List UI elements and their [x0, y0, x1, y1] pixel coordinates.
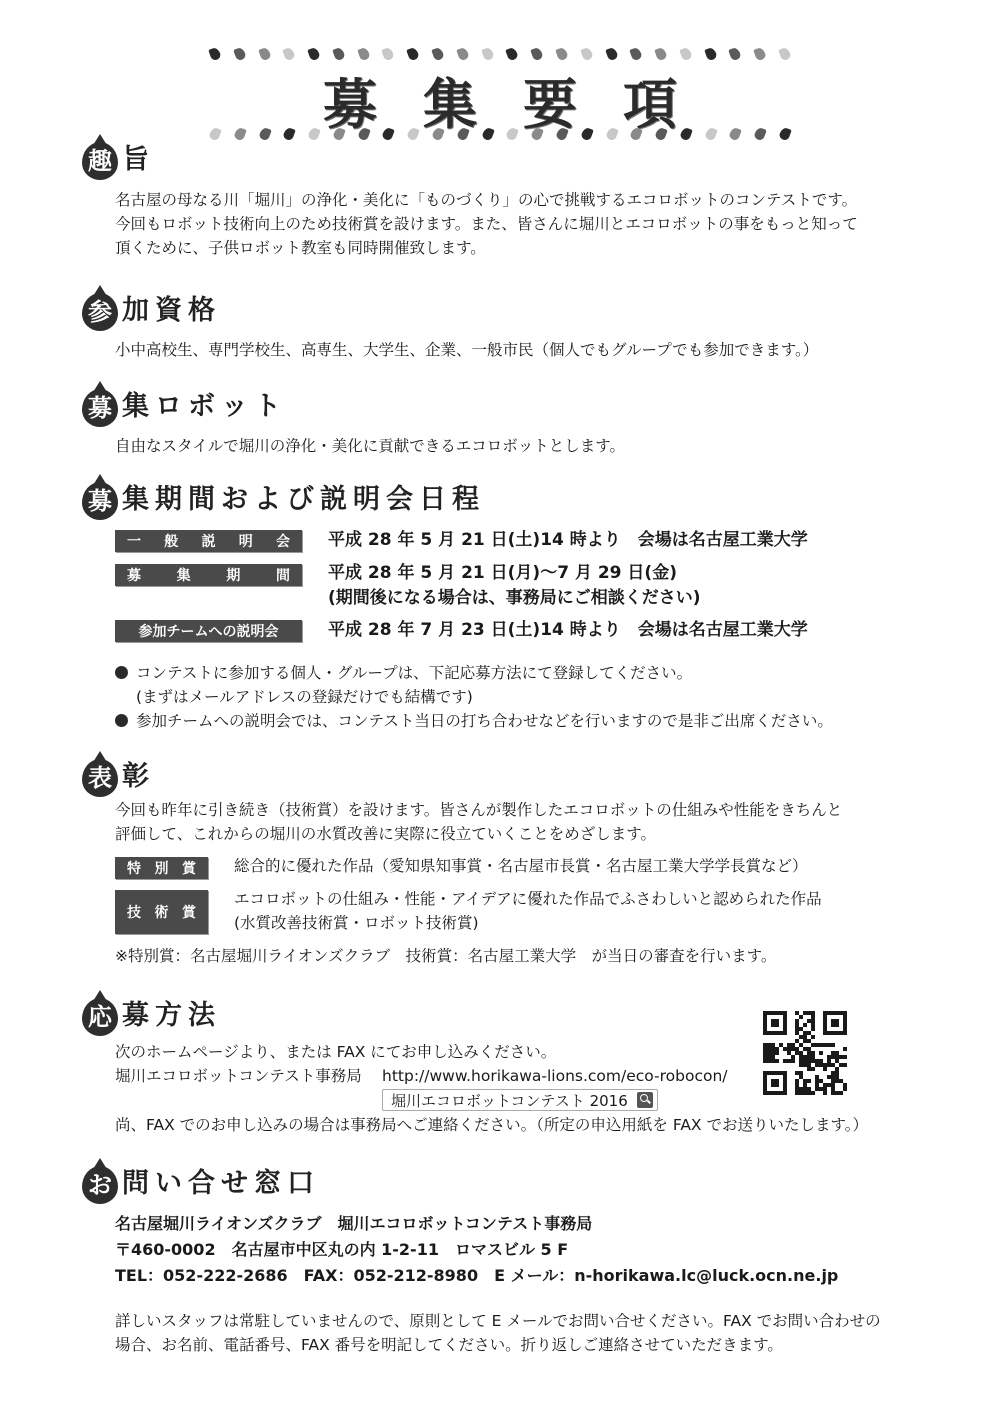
section-heading-awards: 表 彰 — [80, 751, 155, 797]
drop-icon — [406, 47, 420, 62]
section-heading-contact: お 問い合せ窓口 — [80, 1158, 320, 1204]
bullet-icon — [115, 714, 128, 727]
awards-footnote: ※特別賞：名古屋堀川ライオンズクラブ 技術賞：名古屋工業大学 が当日の審査を行い… — [115, 944, 776, 968]
search-query: 堀川エコロボットコンテスト 2016 — [391, 1090, 628, 1111]
drop-icon — [580, 47, 594, 62]
decorative-drops-bottom — [210, 126, 790, 142]
teardrop-icon: お — [80, 1158, 120, 1204]
section-title: 彰 — [122, 759, 155, 797]
teardrop-icon: 募 — [80, 381, 120, 427]
apply-url-link[interactable]: http://www.horikawa-lions.com/eco-roboco… — [382, 1064, 728, 1088]
drop-icon — [654, 47, 668, 62]
drop-icon — [778, 47, 792, 62]
eligibility-text: 小中高校生、専門学校生、高専生、大学生、企業、一般市民（個人でもグループでも参加… — [115, 338, 818, 362]
section-heading-schedule: 募 集期間および説明会日程 — [80, 474, 485, 520]
recruitment-period-note: (期間後になる場合は、事務局にご相談ください) — [328, 585, 701, 611]
drop-icon — [456, 47, 470, 62]
contact-note-1: 詳しいスタッフは常駐していませんので、原則として E メールでお問い合せください… — [115, 1309, 881, 1333]
teardrop-icon: 応 — [80, 990, 120, 1036]
section-title: 加資格 — [122, 293, 221, 331]
drop-icon — [283, 127, 297, 142]
search-box[interactable]: 堀川エコロボットコンテスト 2016 — [382, 1089, 658, 1111]
drop-icon — [555, 127, 569, 142]
qr-code — [763, 1011, 847, 1095]
search-icon[interactable] — [637, 1092, 653, 1108]
teardrop-icon: 表 — [80, 751, 120, 797]
drop-icon — [506, 127, 520, 142]
drop-icon — [382, 127, 396, 142]
drop-icon — [481, 127, 495, 142]
section-title: 集ロボット — [122, 389, 287, 427]
drop-icon — [307, 127, 321, 142]
drop-icon — [406, 127, 420, 142]
drop-icon — [555, 47, 569, 62]
drop-icon — [233, 47, 247, 62]
drop-icon — [332, 127, 346, 142]
schedule-note-2: 参加チームへの説明会では、コンテスト当日の打ち合わせなどを行いますので是非ご出席… — [115, 709, 833, 733]
drop-icon — [605, 47, 619, 62]
label-general-briefing: 一般説明会 — [115, 530, 302, 552]
drop-icon — [431, 127, 445, 142]
label-recruitment-period: 募集期間 — [115, 564, 302, 586]
drop-icon — [258, 47, 272, 62]
drop-icon — [704, 47, 718, 62]
drop-icon — [456, 127, 470, 142]
drop-icon — [233, 127, 247, 142]
drop-icon — [729, 127, 743, 142]
label-special-award: 特別賞 — [115, 857, 208, 879]
section-title: 問い合せ窓口 — [122, 1166, 320, 1204]
apply-fax-note: 尚、FAX でのお申し込みの場合は事務局へご連絡ください。（所定の申込用紙を F… — [115, 1113, 868, 1137]
drop-icon — [382, 47, 396, 62]
drop-icon — [208, 127, 222, 142]
drop-icon — [530, 127, 544, 142]
drop-icon — [307, 47, 321, 62]
bullet-icon — [115, 666, 128, 679]
schedule-note-1-sub: (まずはメールアドレスの登録だけでも結構です) — [136, 685, 473, 709]
apply-office: 堀川エコロボットコンテスト事務局 — [115, 1064, 362, 1088]
purpose-line-3: 頂くために、子供ロボット教室も同時開催致します。 — [115, 236, 486, 260]
technical-award-desc-2: (水質改善技術賞・ロボット技術賞) — [234, 911, 479, 935]
section-title: 旨 — [122, 142, 155, 180]
drop-icon — [283, 47, 297, 62]
drop-icon — [729, 47, 743, 62]
drop-icon — [679, 47, 693, 62]
team-briefing-date: 平成 28 年 7 月 23 日(土)14 時より 会場は名古屋工業大学 — [328, 617, 808, 643]
section-title: 集期間および説明会日程 — [122, 482, 485, 520]
awards-line-2: 評価して、これからの堀川の水質改善に実際に役立ていくことをめざします。 — [115, 822, 656, 846]
label-technical-award: 技術賞 — [115, 890, 208, 934]
drop-icon — [605, 127, 619, 142]
decorative-drops-top — [210, 46, 790, 62]
drop-icon — [431, 47, 445, 62]
drop-icon — [778, 127, 792, 142]
purpose-line-2: 今回もロボット技術向上のため技術賞を設けます。また、皆さんに堀川とエコロボットの… — [115, 212, 858, 236]
special-award-desc: 総合的に優れた作品（愛知県知事賞・名古屋市長賞・名古屋工業大学学長賞など） — [234, 854, 808, 878]
drop-icon — [258, 127, 272, 142]
drop-icon — [630, 127, 644, 142]
drop-icon — [630, 47, 644, 62]
teardrop-icon: 趣 — [80, 134, 120, 180]
section-heading-apply: 応 募方法 — [80, 990, 221, 1036]
robots-text: 自由なスタイルで堀川の浄化・美化に貢献できるエコロボットとします。 — [115, 434, 625, 458]
contact-org: 名古屋堀川ライオンズクラブ 堀川エコロボットコンテスト事務局 — [115, 1211, 592, 1237]
contact-address: 〒460-0002 名古屋市中区丸の内 1-2-11 ロマスビル 5 F — [115, 1237, 568, 1263]
drop-icon — [357, 47, 371, 62]
drop-icon — [208, 47, 222, 62]
purpose-line-1: 名古屋の母なる川「堀川」の浄化・美化に「ものづくり」の心で挑戦するエコロボットの… — [115, 188, 857, 212]
contact-phones-email: TEL：052-222-2686 FAX：052-212-8980 E メール：… — [115, 1263, 838, 1289]
drop-icon — [704, 127, 718, 142]
drop-icon — [753, 47, 767, 62]
apply-line-1: 次のホームページより、または FAX にてお申し込みください。 — [115, 1040, 556, 1064]
teardrop-icon: 募 — [80, 474, 120, 520]
schedule-note-1: コンテストに参加する個人・グループは、下記応募方法にて登録してください。 — [115, 661, 692, 685]
section-title: 募方法 — [122, 998, 221, 1036]
drop-icon — [357, 127, 371, 142]
drop-icon — [679, 127, 693, 142]
contact-note-2: 場合、お名前、電話番号、FAX 番号を明記してください。折り返しご連絡させていた… — [115, 1333, 783, 1357]
technical-award-desc-1: エコロボットの仕組み・性能・アイデアに優れた作品でふさわしいと認められた作品 — [234, 887, 822, 911]
drop-icon — [506, 47, 520, 62]
teardrop-icon: 参 — [80, 285, 120, 331]
drop-icon — [753, 127, 767, 142]
label-team-briefing: 参加チームへの説明会 — [115, 620, 302, 642]
drop-icon — [332, 47, 346, 62]
drop-icon — [654, 127, 668, 142]
drop-icon — [530, 47, 544, 62]
awards-line-1: 今回も昨年に引き続き（技術賞）を設けます。皆さんが製作したエコロボットの仕組みや… — [115, 798, 842, 822]
section-heading-eligibility: 参 加資格 — [80, 285, 221, 331]
general-briefing-date: 平成 28 年 5 月 21 日(土)14 時より 会場は名古屋工業大学 — [328, 527, 808, 553]
recruitment-period-date: 平成 28 年 5 月 21 日(月)～7 月 29 日(金) — [328, 560, 677, 586]
section-heading-purpose: 趣 旨 — [80, 134, 155, 180]
drop-icon — [481, 47, 495, 62]
drop-icon — [580, 127, 594, 142]
section-heading-robots: 募 集ロボット — [80, 381, 287, 427]
